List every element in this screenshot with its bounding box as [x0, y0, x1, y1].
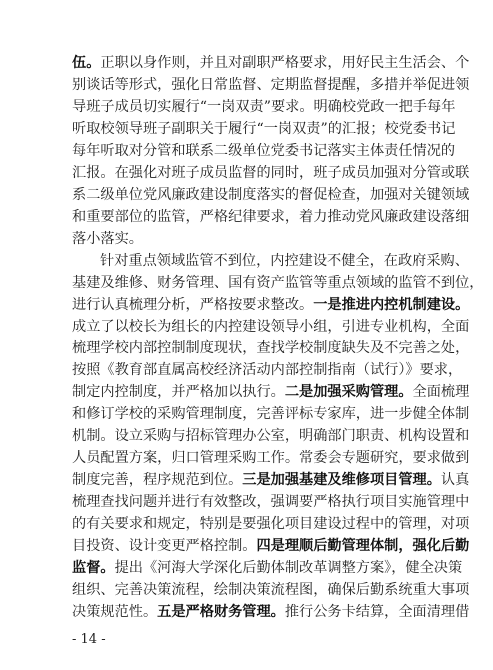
text-segment: 制定内控制度，并严格加以执行。: [72, 384, 285, 400]
text-line: 的有关要求和规定，特别是要强化项目建设过程中的管理，对项: [72, 513, 422, 535]
text-line: 进行认真梳理分析，严格按要求整改。一是推进内控机制建设。: [72, 294, 422, 316]
text-line: 每年听取对分管和联系二级单位党委书记落实主体责任情况的: [72, 140, 422, 162]
text-line: 制度完善，程序规范到位。三是加强基建及维修项目管理。认真: [72, 469, 422, 491]
text-line: 梳理查找问题并进行有效整改，强调要严格执行项目实施管理中: [72, 491, 422, 513]
text-line: 别谈话等形式，强化日常监督、定期监督提醒，多措并举促进领: [72, 74, 422, 96]
text-segment: 每年听取对分管和联系二级单位党委书记落实主体责任情况的: [72, 143, 455, 159]
text-segment: 系二级单位党风廉政建设制度落实的督促检查，加强对关键领域: [72, 187, 469, 203]
text-segment: 梳理学校内部控制制度现状，查找学校制度缺失及不完善之处，: [72, 340, 469, 356]
text-line: 制定内控制度，并严格加以执行。二是加强采购管理。全面梳理: [72, 381, 422, 403]
text-segment: 汇报。在强化对班子成员监督的同时，班子成员加强对分管或联: [72, 165, 469, 181]
text-line: 导班子成员切实履行“一岗双责”要求。明确校党政一把手每年: [72, 96, 422, 118]
text-line: 按照《教育部直属高校经济活动内部控制指南（试行）》要求，: [72, 359, 422, 381]
text-segment: 人员配置方案，归口管理采购工作。常委会专题研究，要求做到: [72, 450, 469, 466]
text-segment: 别谈话等形式，强化日常监督、定期监督提醒，多措并举促进领: [72, 77, 469, 93]
text-segment: 机制。设立采购与招标管理办公室，明确部门职责、机构设置和: [72, 428, 469, 444]
bold-heading-text: 四是理顺后勤管理体制，强化后勤: [256, 538, 469, 554]
text-line: 听取校领导班子副职关于履行“一岗双责”的汇报；校党委书记: [72, 118, 422, 140]
text-segment: 针对重点领域监管不到位，内控建设不健全，在政府采购、: [100, 253, 469, 269]
text-line: 针对重点领域监管不到位，内控建设不健全，在政府采购、: [100, 250, 422, 272]
text-segment: 和修订学校的采购管理制度，完善评标专家库，进一步健全体制: [72, 406, 469, 422]
text-line: 组织、完善决策流程，绘制决策流程图，确保后勤系统重大事项: [72, 579, 422, 601]
text-segment: 落小落实。: [72, 231, 143, 247]
text-segment: 基建及维修、财务管理、国有资产监管等重点领域的监管不到位，: [72, 275, 483, 291]
text-line: 决策规范性。五是严格财务管理。推行公务卡结算，全面清理借: [72, 601, 422, 623]
text-line: 梳理学校内部控制制度现状，查找学校制度缺失及不完善之处，: [72, 337, 422, 359]
text-segment: 提出《河海大学深化后勤体制改革调整方案》，健全决策: [115, 560, 463, 576]
text-line: 基建及维修、财务管理、国有资产监管等重点领域的监管不到位，: [72, 272, 422, 294]
text-line: 目投资、设计变更严格控制。四是理顺后勤管理体制，强化后勤: [72, 535, 422, 557]
text-line: 成立了以校长为组长的内控建设领导小组，引进专业机构，全面: [72, 316, 422, 338]
text-segment: 梳理查找问题并进行有效整改，强调要严格执行项目实施管理中: [72, 494, 469, 510]
text-segment: 和重要部位的监管，严格纪律要求，着力推动党风廉政建设落细: [72, 209, 469, 225]
text-segment: 推行公务卡结算，全面清理借: [285, 604, 469, 620]
text-segment: 正职以身作则，并且对副职严格要求，用好民主生活会、个: [100, 55, 469, 71]
text-segment: 组织、完善决策流程，绘制决策流程图，确保后勤系统重大事项: [72, 582, 469, 598]
bold-heading-text: 伍。: [72, 55, 100, 71]
text-line: 和修订学校的采购管理制度，完善评标专家库，进一步健全体制: [72, 403, 422, 425]
page-number: - 14 -: [72, 630, 106, 650]
text-segment: 导班子成员切实履行“一岗双责”要求。明确校党政一把手每年: [72, 99, 455, 115]
bold-heading-text: 监督。: [72, 560, 115, 576]
text-segment: 目投资、设计变更严格控制。: [72, 538, 256, 554]
text-line: 落小落实。: [72, 228, 422, 250]
bold-heading-text: 一是推进内控机制建设。: [313, 297, 469, 313]
text-line: 人员配置方案，归口管理采购工作。常委会专题研究，要求做到: [72, 447, 422, 469]
text-line: 和重要部位的监管，严格纪律要求，着力推动党风廉政建设落细: [72, 206, 422, 228]
text-line: 系二级单位党风廉政建设制度落实的督促检查，加强对关键领域: [72, 184, 422, 206]
text-segment: 制度完善，程序规范到位。: [72, 472, 242, 488]
text-segment: 的有关要求和规定，特别是要强化项目建设过程中的管理，对项: [72, 516, 469, 532]
bold-heading-text: 三是加强基建及维修项目管理。: [242, 472, 441, 488]
text-line: 伍。正职以身作则，并且对副职严格要求，用好民主生活会、个: [72, 52, 422, 74]
text-segment: 成立了以校长为组长的内控建设领导小组，引进专业机构，全面: [72, 319, 469, 335]
text-segment: 决策规范性。: [72, 604, 157, 620]
bold-heading-text: 二是加强采购管理。: [285, 384, 413, 400]
text-segment: 听取校领导班子副职关于履行“一岗双责”的汇报；校党委书记: [72, 121, 455, 137]
bold-heading-text: 五是严格财务管理。: [157, 604, 285, 620]
text-line: 机制。设立采购与招标管理办公室，明确部门职责、机构设置和: [72, 425, 422, 447]
text-segment: 全面梳理: [413, 384, 470, 400]
text-segment: 进行认真梳理分析，严格按要求整改。: [72, 297, 313, 313]
document-page: 伍。正职以身作则，并且对副职严格要求，用好民主生活会、个别谈话等形式，强化日常监…: [0, 0, 493, 670]
text-segment: 认真: [441, 472, 469, 488]
text-line: 监督。提出《河海大学深化后勤体制改革调整方案》，健全决策: [72, 557, 422, 579]
text-segment: 按照《教育部直属高校经济活动内部控制指南（试行）》要求，: [72, 362, 462, 378]
text-line: 汇报。在强化对班子成员监督的同时，班子成员加强对分管或联: [72, 162, 422, 184]
